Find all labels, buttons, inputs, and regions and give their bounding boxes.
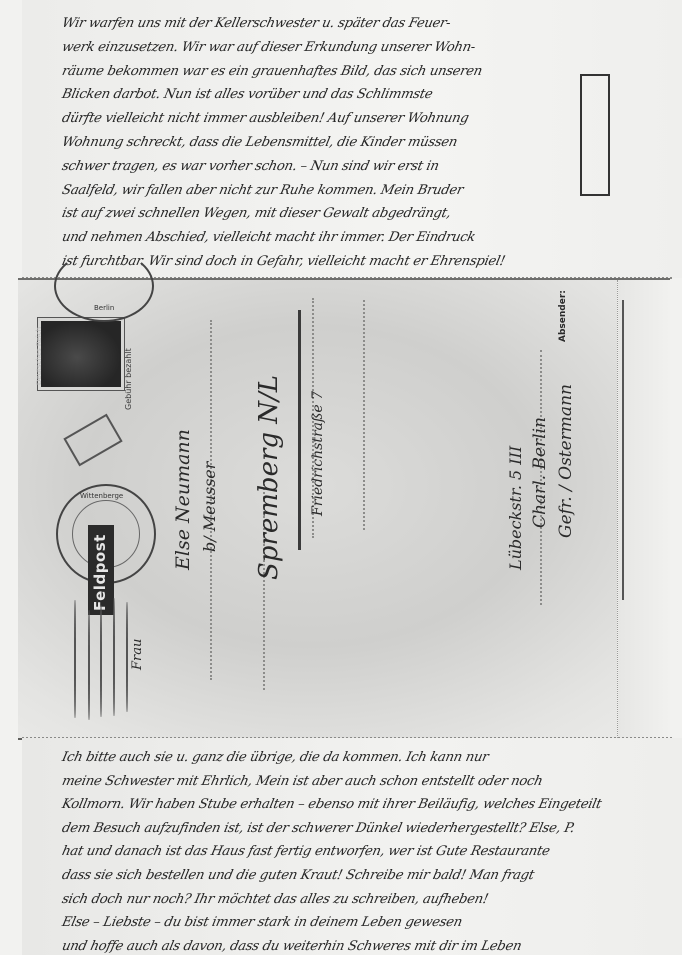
recipient-city: Spremberg N/L [254,375,284,580]
boxed-annotation [580,74,610,196]
handwritten-line: ist furchtbar. Wir sind doch in Gefahr, … [59,250,664,274]
handwritten-line: Saalfeld, wir fallen aber nicht zur Ruhe… [59,179,664,203]
sender-line3: Lübeckstr. 5 III [506,446,525,570]
recipient-street: Friedrichstraße 7 [310,391,326,516]
handwritten-line: und hoffe auch als davon, dass du weiter… [59,935,664,955]
cancellation-wave-line [126,602,128,712]
handwritten-line: Else – Liebste – du bist immer stark in … [59,911,664,935]
handwritten-line: Ich bitte auch sie u. ganz die übrige, d… [59,746,664,770]
handwritten-text-bottom: Ich bitte auch sie u. ganz die übrige, d… [62,746,662,955]
cancellation-wave-line [100,605,102,717]
stamp-label: Deutsches Reich [35,327,43,385]
handwritten-line: Wir warfen uns mit der Kellerschwester u… [59,12,664,36]
handwritten-line: meine Schwester mit Ehrlich, Mein ist ab… [59,770,664,794]
underline-city [298,310,301,550]
handwritten-line: dürfte vielleicht nicht immer ausbleiben… [59,107,664,131]
handwritten-line: Kollmorn. Wir haben Stube erhalten – ebe… [59,793,664,817]
postage-stamp: Deutsches Reich [38,318,124,390]
handwritten-line: Wohnung schreckt, dass die Lebensmittel,… [59,131,664,155]
handwritten-line: dass sie sich bestellen und die guten Kr… [59,864,664,888]
sender-line2: Charl. Berlin [530,417,550,528]
sender-label: Absender: [558,290,568,342]
fold-line [622,300,624,600]
feldpost-cancellation: Feldpost [88,525,114,615]
side-stamp-text: Gebühr bezahlt [124,348,133,410]
handwritten-line: und nehmen Abschied, vielleicht macht ih… [59,226,664,250]
recipient-line2: b/ Meusser [200,462,219,552]
handwritten-text-top: Wir warfen uns mit der Kellerschwester u… [62,12,662,274]
handwritten-line: hat und danach ist das Haus fast fertig … [59,840,664,864]
address-guide-line [363,300,365,530]
postmark-top-text: Berlin [94,304,114,312]
handwritten-line: sich doch nur noch? Ihr möchtet das alle… [59,888,664,912]
letter-top-section: Wir warfen uns mit der Kellerschwester u… [22,0,682,278]
feldpost-label: Feldpost [91,534,109,611]
handwritten-line: werk einzusetzen. Wir war auf dieser Erk… [59,36,664,60]
handwritten-line: räume bekommen war es ein grauenhaftes B… [59,60,664,84]
handwritten-line: Blicken darbot. Nun ist alles vorüber un… [59,83,664,107]
handwritten-line: dem Besuch aufzufinden ist, ist der schw… [59,817,664,841]
postmark-ring-text: Wittenberge [80,492,123,500]
recipient-name: Else Neumann [172,429,194,570]
cancellation-wave-line [74,600,76,718]
recipient-salutation: Frau [130,639,145,670]
sender-line1: Gefr. / Ostermann [556,384,576,538]
cancellation-wave-line [88,610,90,720]
envelope-side-flap [617,280,670,738]
cancellation-wave-line [113,598,115,716]
handwritten-line: ist auf zwei schnellen Wegen, mit dieser… [59,202,664,226]
letter-bottom-section: Ich bitte auch sie u. ganz die übrige, d… [22,738,682,955]
handwritten-line: schwer tragen, es war vorher schon. – Nu… [59,155,664,179]
postmark-top: Berlin [54,250,154,322]
